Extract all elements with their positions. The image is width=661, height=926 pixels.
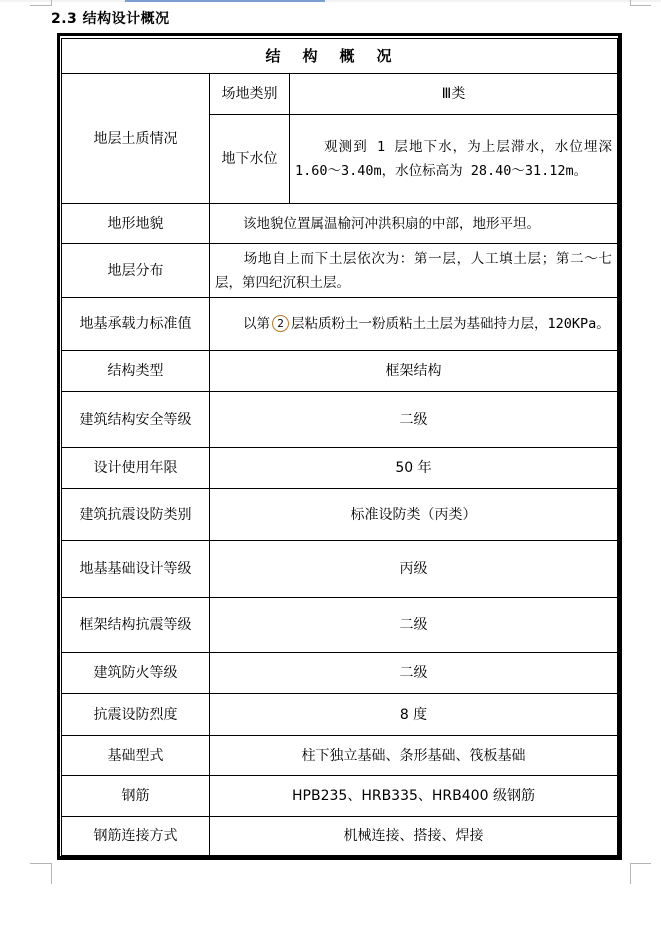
table-row: 设计使用年限 50 年 <box>62 448 618 489</box>
crop-mark-top-right-v <box>630 0 631 6</box>
row-label: 地形地貌 <box>62 204 210 244</box>
structure-overview-table: 结构概况 地层土质情况 场地类别 Ⅲ类 地下水位 观测到 1 层地下水，为上层滞… <box>61 38 618 856</box>
row-value: 二级 <box>210 598 618 653</box>
table-title: 结构概况 <box>62 39 618 74</box>
row-value: 以第2层粘质粉土一粉质粘土土层为基础持力层，120KPa。 <box>210 298 618 351</box>
table-row: 钢筋 HPB235、HRB335、HRB400 级钢筋 <box>62 776 618 817</box>
selection-highlight <box>125 0 325 2</box>
row-value: 机械连接、搭接、焊接 <box>210 817 618 856</box>
row-value: 丙级 <box>210 541 618 598</box>
section-heading: 2.3 结构设计概况 <box>51 10 170 28</box>
row-value: 二级 <box>210 392 618 448</box>
row-value: 柱下独立基础、条形基础、筏板基础 <box>210 736 618 776</box>
circled-number: 2 <box>272 315 289 332</box>
row-label: 地层分布 <box>62 244 210 298</box>
table-row: 地基承载力标准值 以第2层粘质粉土一粉质粘土土层为基础持力层，120KPa。 <box>62 298 618 351</box>
row-value: 50 年 <box>210 448 618 489</box>
table-row: 建筑防火等级 二级 <box>62 653 618 694</box>
crop-mark-bottom-left <box>30 863 51 864</box>
table-row: 建筑抗震设防类别 标准设防类（丙类） <box>62 489 618 541</box>
row-value: HPB235、HRB335、HRB400 级钢筋 <box>210 776 618 817</box>
row-label-soil: 地层土质情况 <box>62 74 210 204</box>
row-value: 二级 <box>210 653 618 694</box>
crop-mark-bottom-right <box>630 863 651 864</box>
row-value: 8 度 <box>210 694 618 736</box>
row-value: 标准设防类（丙类） <box>210 489 618 541</box>
site-class-value: Ⅲ类 <box>290 74 618 115</box>
table-row: 框架结构抗震等级 二级 <box>62 598 618 653</box>
row-value: 框架结构 <box>210 351 618 392</box>
groundwater-value: 观测到 1 层地下水，为上层滞水，水位埋深 1.60～3.40m，水位标高为 2… <box>290 115 618 204</box>
crop-mark-top-right <box>630 5 651 6</box>
row-label: 设计使用年限 <box>62 448 210 489</box>
crop-mark-bottom-left-v <box>51 863 52 884</box>
site-class-label: 场地类别 <box>210 74 290 115</box>
table-row: 抗震设防烈度 8 度 <box>62 694 618 736</box>
groundwater-label: 地下水位 <box>210 115 290 204</box>
crop-mark-top-left <box>30 5 51 6</box>
table-row: 钢筋连接方式 机械连接、搭接、焊接 <box>62 817 618 856</box>
row-value: 场地自上而下土层依次为：第一层，人工填土层；第二～七层，第四纪沉积土层。 <box>210 244 618 298</box>
row-label: 建筑结构安全等级 <box>62 392 210 448</box>
crop-mark-bottom-right-v <box>630 863 631 884</box>
row-label: 钢筋 <box>62 776 210 817</box>
row-label: 抗震设防烈度 <box>62 694 210 736</box>
table-row: 基础型式 柱下独立基础、条形基础、筏板基础 <box>62 736 618 776</box>
table-row: 地层土质情况 场地类别 Ⅲ类 <box>62 74 618 115</box>
table-row: 地基基础设计等级 丙级 <box>62 541 618 598</box>
table-row: 结构类型 框架结构 <box>62 351 618 392</box>
top-edge <box>0 0 661 2</box>
row-value: 该地貌位置属温榆河冲洪积扇的中部，地形平坦。 <box>210 204 618 244</box>
row-label: 建筑抗震设防类别 <box>62 489 210 541</box>
row-label: 地基承载力标准值 <box>62 298 210 351</box>
table-title-row: 结构概况 <box>62 39 618 74</box>
row-label: 框架结构抗震等级 <box>62 598 210 653</box>
row-label: 钢筋连接方式 <box>62 817 210 856</box>
row-label: 结构类型 <box>62 351 210 392</box>
row-label: 地基基础设计等级 <box>62 541 210 598</box>
table-row: 地层分布 场地自上而下土层依次为：第一层，人工填土层；第二～七层，第四纪沉积土层… <box>62 244 618 298</box>
crop-mark-top-left-v <box>51 0 52 6</box>
table-row: 地形地貌 该地貌位置属温榆河冲洪积扇的中部，地形平坦。 <box>62 204 618 244</box>
row-label: 基础型式 <box>62 736 210 776</box>
row-label: 建筑防火等级 <box>62 653 210 694</box>
table-row: 建筑结构安全等级 二级 <box>62 392 618 448</box>
